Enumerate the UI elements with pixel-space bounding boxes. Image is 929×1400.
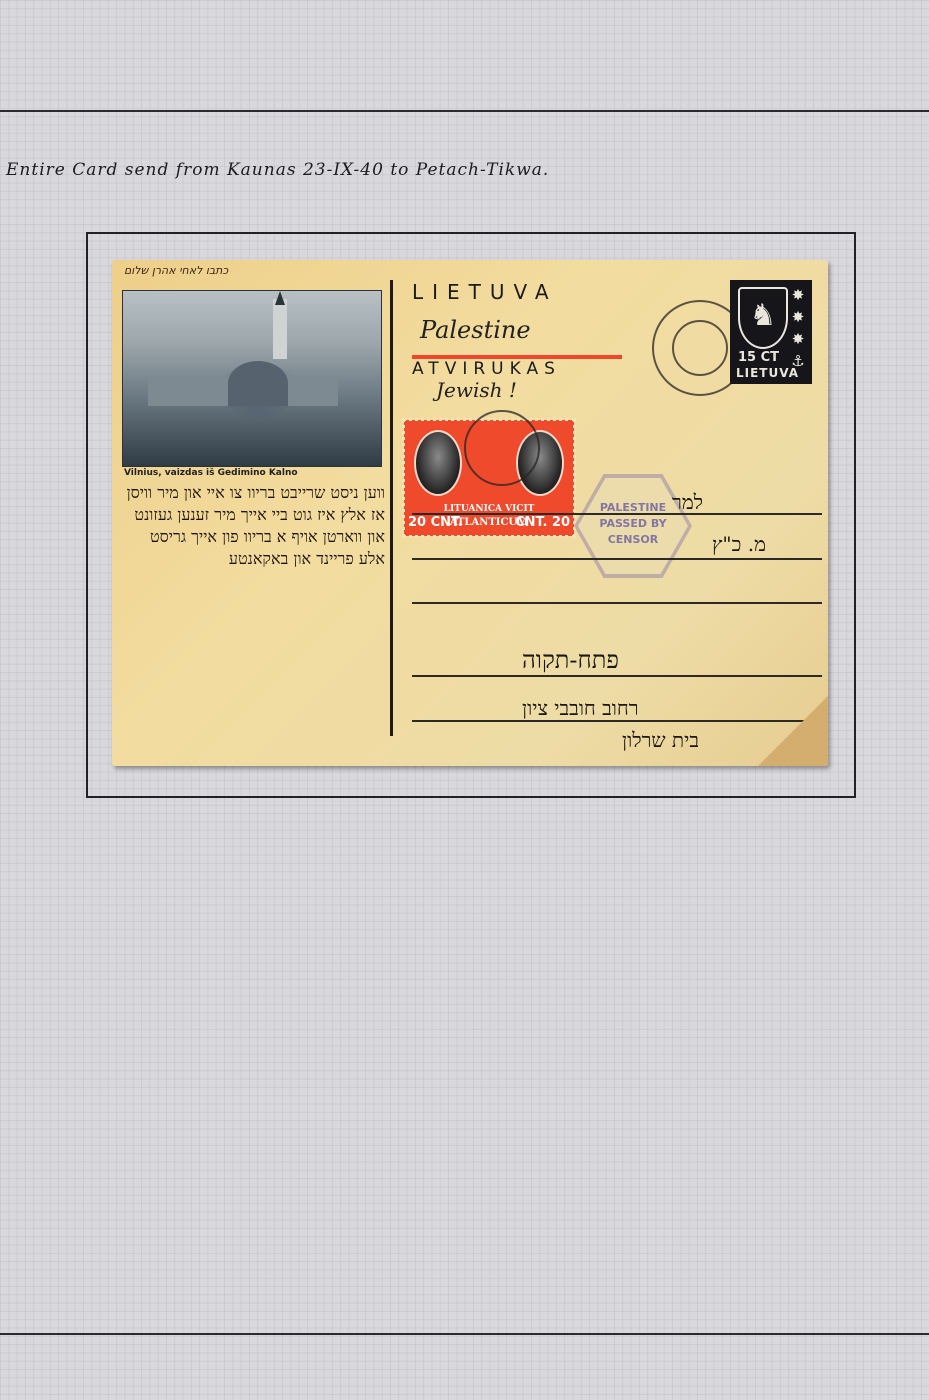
card-divider bbox=[390, 280, 393, 736]
cancel-postmark bbox=[464, 410, 540, 486]
star-column-icon: ✸✸✸⚓ bbox=[789, 284, 807, 372]
address-line-3 bbox=[412, 602, 822, 604]
postal-card: כתבו לאחי אהרן שלום Vilnius, vaizdas iš … bbox=[112, 260, 828, 766]
photo-caption: Vilnius, vaizdas iš Gedimino Kalno bbox=[124, 468, 298, 478]
hebrew-top-line: כתבו לאחי אהרן שלום bbox=[124, 264, 228, 277]
church-spire bbox=[275, 291, 285, 305]
handwritten-letter: ווען ניסט שרייבט בריוו צו איי און מיר וו… bbox=[120, 482, 385, 746]
address-recipient-prefix: למר bbox=[672, 490, 703, 515]
page-bottom-rule bbox=[0, 1333, 929, 1335]
address-city: פתח-תקוה bbox=[522, 646, 619, 675]
address-line-2 bbox=[412, 558, 822, 560]
card-subtitle: ATVIRUKAS bbox=[412, 359, 561, 379]
pilot-portrait-left bbox=[414, 430, 462, 496]
kaunas-postmark-inner bbox=[672, 320, 728, 376]
church-tower bbox=[273, 299, 287, 359]
address-recipient-name: מ. כ"ץ bbox=[712, 532, 766, 557]
address-house: בית שרלון bbox=[622, 728, 699, 753]
handwritten-destination: Palestine bbox=[420, 316, 531, 344]
vytis-knight-icon: ♞ bbox=[738, 287, 788, 349]
printed-indicia-stamp: ♞ ✸✸✸⚓ 15 CT LIETUVA bbox=[730, 280, 812, 384]
card-title: LIETUVA bbox=[412, 280, 558, 304]
address-street: רחוב חובבי ציון bbox=[522, 696, 639, 721]
vilnius-photo bbox=[122, 290, 382, 467]
handwritten-note: Jewish ! bbox=[436, 378, 517, 402]
cathedral-dome bbox=[228, 361, 288, 406]
card-corner-mount bbox=[758, 696, 828, 766]
page-caption: Entire Card send from Kaunas 23-IX-40 to… bbox=[6, 160, 549, 180]
address-line-1 bbox=[412, 513, 822, 515]
stamp-country: LIETUVA bbox=[736, 366, 799, 380]
stamp-value-left: 20 CNT. bbox=[408, 515, 463, 530]
address-line-4 bbox=[412, 675, 822, 677]
page-top-rule bbox=[0, 110, 929, 112]
stamp-value-right: CNT. 20 bbox=[515, 515, 570, 530]
stamp-value: 15 CT bbox=[738, 350, 779, 365]
